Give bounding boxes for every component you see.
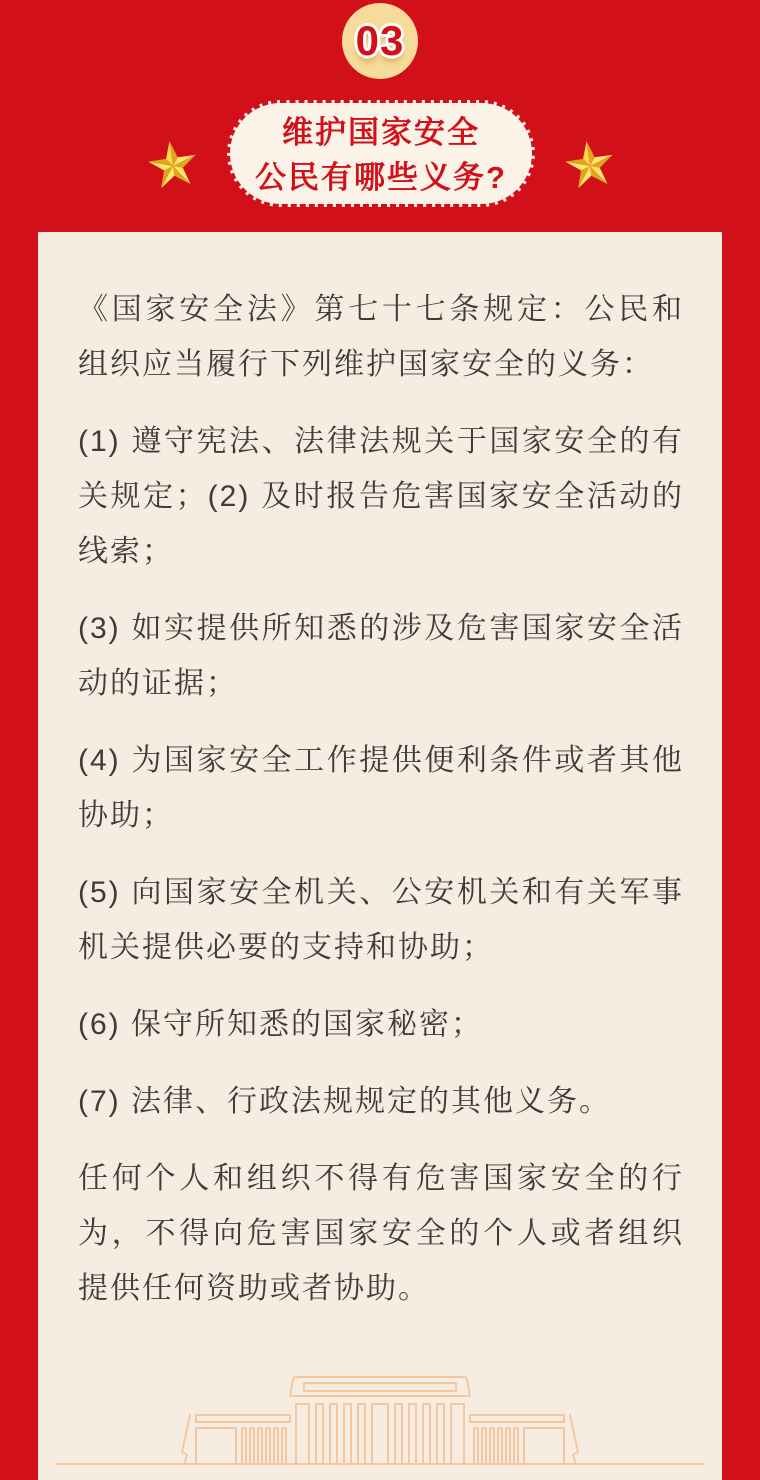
obligation-item-5: (5) 向国家安全机关、公安机关和有关军事机关提供必要的支持和协助； [78,865,684,975]
section-number-badge: 03 [342,3,418,79]
title-line-1: 维护国家安全 [230,110,532,155]
closing-paragraph: 任何个人和组织不得有危害国家安全的行为，不得向危害国家安全的个人或者组织提供任何… [78,1151,684,1316]
obligation-item-4: (4) 为国家安全工作提供便利条件或者其他协助； [78,733,684,843]
title-pill: 维护国家安全 公民有哪些义务? [227,100,535,207]
star-icon [560,136,621,197]
content-card: 《国家安全法》第七十七条规定：公民和组织应当履行下列维护国家安全的义务： (1)… [38,232,722,1480]
obligation-item-3: (3) 如实提供所知悉的涉及危害国家安全活动的证据； [78,601,684,711]
section-number: 03 [356,17,405,65]
title-line-2: 公民有哪些义务? [230,155,532,200]
infographic-page: 03 维护国家安全 公民有哪些义务? 《国家安全法》第七十七条规定：公民和组织应… [0,0,760,1480]
intro-paragraph: 《国家安全法》第七十七条规定：公民和组织应当履行下列维护国家安全的义务： [78,282,684,392]
obligation-item-6: (6) 保守所知悉的国家秘密； [78,997,684,1052]
obligation-item-1-2: (1) 遵守宪法、法律法规关于国家安全的有关规定；(2) 及时报告危害国家安全活… [78,414,684,579]
great-hall-outline-icon [38,1360,722,1480]
star-icon [143,136,204,197]
obligation-item-7: (7) 法律、行政法规规定的其他义务。 [78,1074,684,1129]
